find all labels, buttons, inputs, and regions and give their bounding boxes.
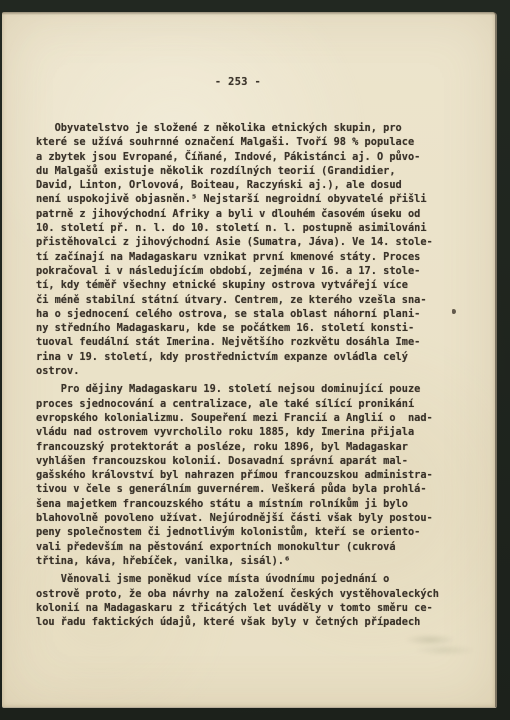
- page-text-block: Obyvatelstvo je složené z několika etnic…: [36, 121, 481, 633]
- paragraph-czech-colony-proposals: Věnovali jsme poněkud více místa úvodním…: [36, 572, 481, 629]
- page-number: - 253 -: [38, 76, 438, 88]
- paper-top-edge-shadow: [2, 12, 497, 15]
- paragraph-colonial-history: Pro dějiny Madagaskaru 19. století nejso…: [36, 382, 481, 568]
- paragraph-population-origins: Obyvatelstvo je složené z několika etnic…: [36, 121, 481, 378]
- scanner-background: - 253 - Obyvatelstvo je složené z několi…: [0, 0, 510, 720]
- reverse-side-bleedthrough: [400, 632, 475, 658]
- ink-speck: [452, 309, 456, 314]
- document-page: - 253 - Obyvatelstvo je složené z několi…: [2, 12, 497, 708]
